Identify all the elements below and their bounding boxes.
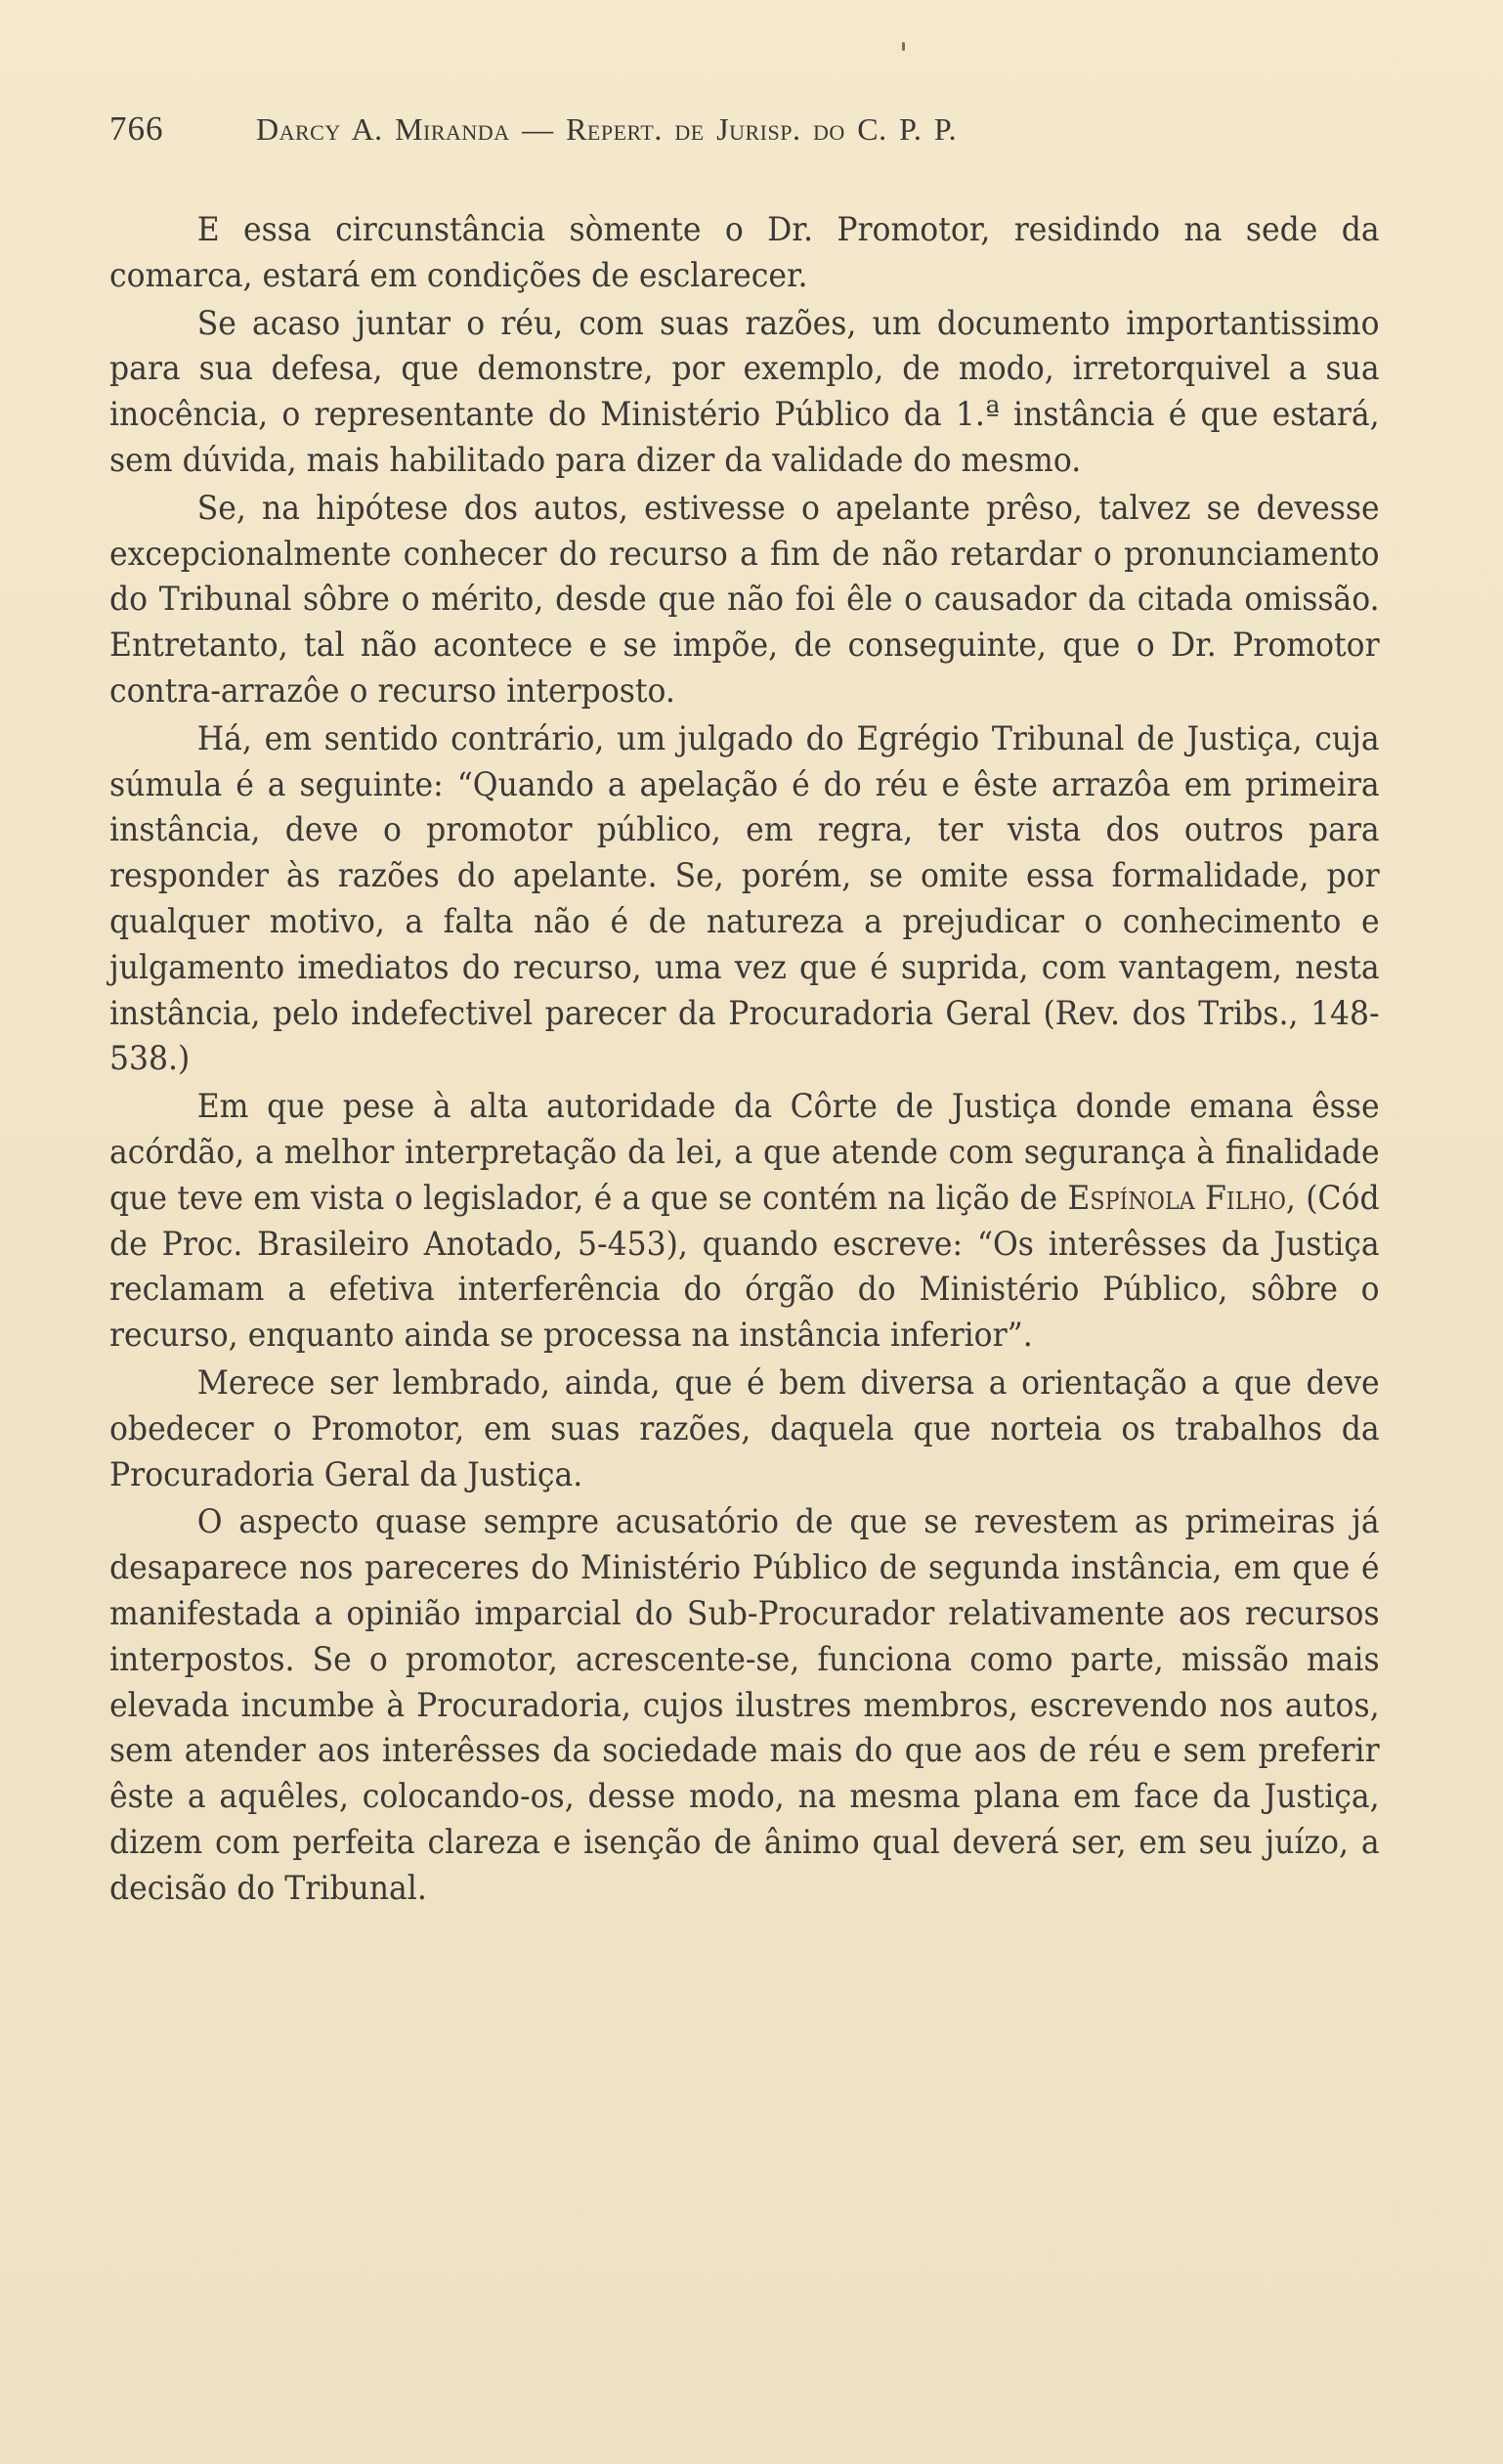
cited-author: Espínola Filho (1067, 1179, 1285, 1218)
running-head: 766 Darcy A. Miranda — Repert. de Jurisp… (109, 109, 1380, 164)
book-page: 766 Darcy A. Miranda — Repert. de Jurisp… (109, 109, 1380, 1913)
paragraph: Em que pese à alta autoridade da Côrte d… (109, 1084, 1380, 1359)
paragraph: Merece ser lembrado, ainda, que é bem di… (109, 1361, 1380, 1497)
paragraph: Se acaso juntar o réu, com suas razões, … (109, 301, 1380, 484)
paragraph: Se, na hipótese dos autos, estivesse o a… (109, 486, 1380, 714)
body-text: E essa circunstância sòmente o Dr. Promo… (109, 207, 1380, 1911)
page-number: 766 (109, 109, 256, 149)
paragraph: Há, em sentido contrário, um julgado do … (109, 716, 1380, 1082)
paragraph: E essa circunstância sòmente o Dr. Promo… (109, 207, 1380, 299)
print-mark (902, 42, 905, 51)
running-title: Darcy A. Miranda — Repert. de Jurisp. do… (256, 111, 957, 148)
paragraph: O aspecto quase sempre acusatório de que… (109, 1499, 1380, 1911)
